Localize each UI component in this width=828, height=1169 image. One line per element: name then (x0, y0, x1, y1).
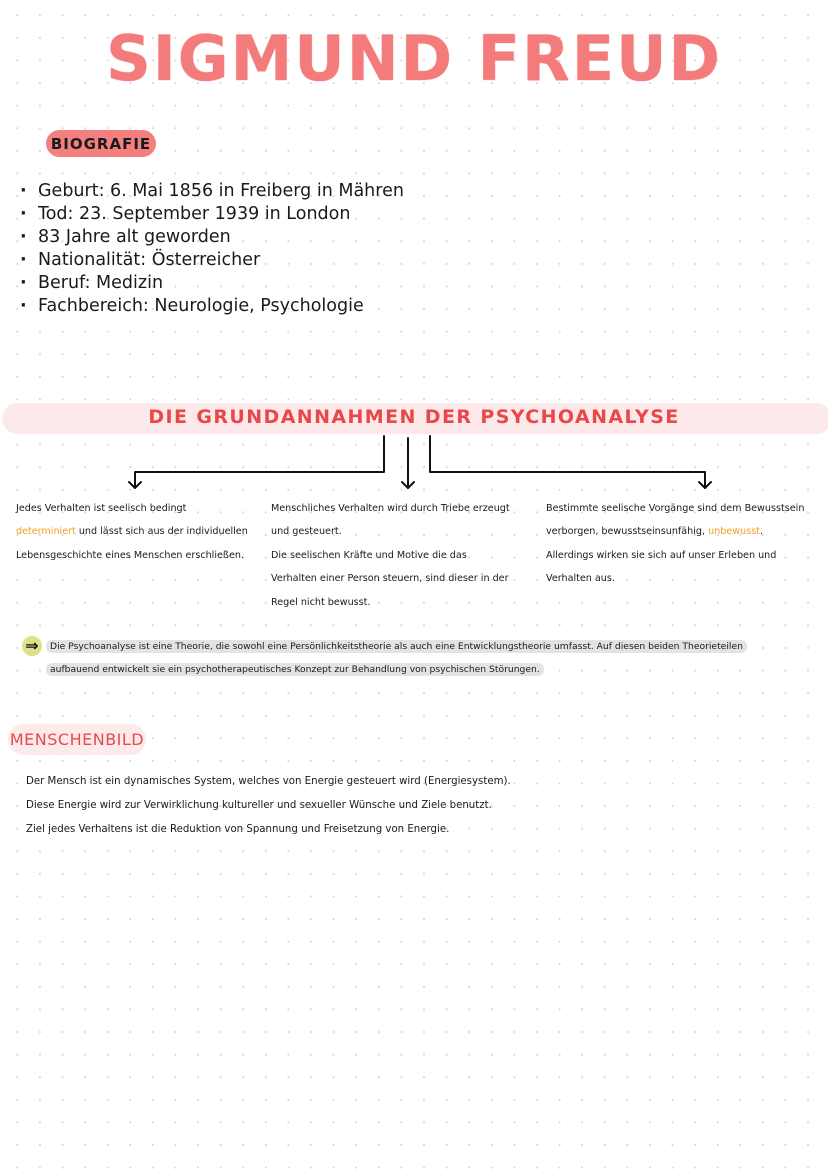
text-line: Der Mensch ist ein dynamisches System, w… (26, 770, 511, 794)
assumption-column-1: Jedes Verhalten ist seelisch bedingtdete… (16, 497, 248, 567)
text-line: Bestimmte seelische Vorgänge sind dem Be… (546, 497, 804, 520)
section-heading-menschenbild: MENSCHENBILD (8, 724, 146, 755)
text-segment: Bestimmte seelische Vorgänge sind dem Be… (546, 503, 804, 514)
text-line: Verhalten einer Person steuern, sind die… (271, 567, 510, 590)
text-segment: Regel nicht bewusst. (271, 597, 370, 608)
list-item: ·Nationalität: Österreicher (20, 249, 404, 272)
highlighted-term: unbewusst (708, 526, 760, 537)
list-item: ·Tod: 23. September 1939 in London (20, 203, 404, 226)
section-heading-label: BIOGRAFIE (51, 135, 151, 153)
text-line: Lebensgeschichte eines Menschen erschlie… (16, 544, 248, 567)
text-line: Ziel jedes Verhaltens ist die Reduktion … (26, 818, 511, 842)
text-segment: Allerdings wirken sie sich auf unser Erl… (546, 550, 776, 561)
menschenbild-text: Der Mensch ist ein dynamisches System, w… (26, 770, 511, 842)
text-line: Allerdings wirken sie sich auf unser Erl… (546, 544, 804, 567)
bullet-icon: · (20, 272, 38, 295)
list-item: ·Fachbereich: Neurologie, Psychologie (20, 295, 404, 318)
biografie-list: ·Geburt: 6. Mai 1856 in Freiberg in Mähr… (20, 180, 404, 318)
highlighted-term: determiniert (16, 526, 76, 537)
bullet-icon: · (20, 226, 38, 249)
list-item: ·83 Jahre alt geworden (20, 226, 404, 249)
assumption-column-3: Bestimmte seelische Vorgänge sind dem Be… (546, 497, 804, 591)
arrow-right-icon: ⇒ (22, 636, 42, 656)
section-heading-label: MENSCHENBILD (10, 730, 144, 749)
text-segment: Lebensgeschichte eines Menschen erschlie… (16, 550, 244, 561)
bullet-icon: · (20, 295, 38, 318)
list-item: ·Geburt: 6. Mai 1856 in Freiberg in Mähr… (20, 180, 404, 203)
text-line: Verhalten aus. (546, 567, 804, 590)
text-segment: verborgen, bewusstseinsunfähig, (546, 526, 708, 537)
section-heading-biografie: BIOGRAFIE (46, 130, 156, 157)
text-line: Jedes Verhalten ist seelisch bedingt (16, 497, 248, 520)
text-segment: Verhalten aus. (546, 573, 615, 584)
text-segment: und gesteuert. (271, 526, 342, 537)
summary-line-2: aufbauend entwickelt sie ein psychothera… (46, 663, 544, 676)
text-segment: Menschliches Verhalten wird durch Triebe… (271, 503, 510, 514)
assumption-column-2: Menschliches Verhalten wird durch Triebe… (271, 497, 510, 614)
text-segment: Verhalten einer Person steuern, sind die… (271, 573, 509, 584)
text-line: Menschliches Verhalten wird durch Triebe… (271, 497, 510, 520)
text-segment: und lässt sich aus der individuellen (76, 526, 248, 537)
text-segment: . (760, 526, 763, 537)
text-line: Diese Energie wird zur Verwirklichung ku… (26, 794, 511, 818)
page-title: SIGMUND FREUD (0, 22, 828, 95)
text-line: und gesteuert. (271, 520, 510, 543)
section-heading-grundannahmen: DIE GRUNDANNAHMEN DER PSYCHOANALYSE (0, 406, 828, 428)
bullet-icon: · (20, 203, 38, 226)
summary-line-1: Die Psychoanalyse ist eine Theorie, die … (46, 640, 747, 653)
list-item: ·Beruf: Medizin (20, 272, 404, 295)
text-line: Regel nicht bewusst. (271, 591, 510, 614)
text-segment: Die seelischen Kräfte und Motive die das (271, 550, 467, 561)
text-line: determiniert und lässt sich aus der indi… (16, 520, 248, 543)
bullet-icon: · (20, 249, 38, 272)
text-line: Die seelischen Kräfte und Motive die das (271, 544, 510, 567)
bullet-icon: · (20, 180, 38, 203)
branch-arrows-icon (0, 430, 828, 494)
text-line: verborgen, bewusstseinsunfähig, unbewuss… (546, 520, 804, 543)
text-segment: Jedes Verhalten ist seelisch bedingt (16, 503, 186, 514)
